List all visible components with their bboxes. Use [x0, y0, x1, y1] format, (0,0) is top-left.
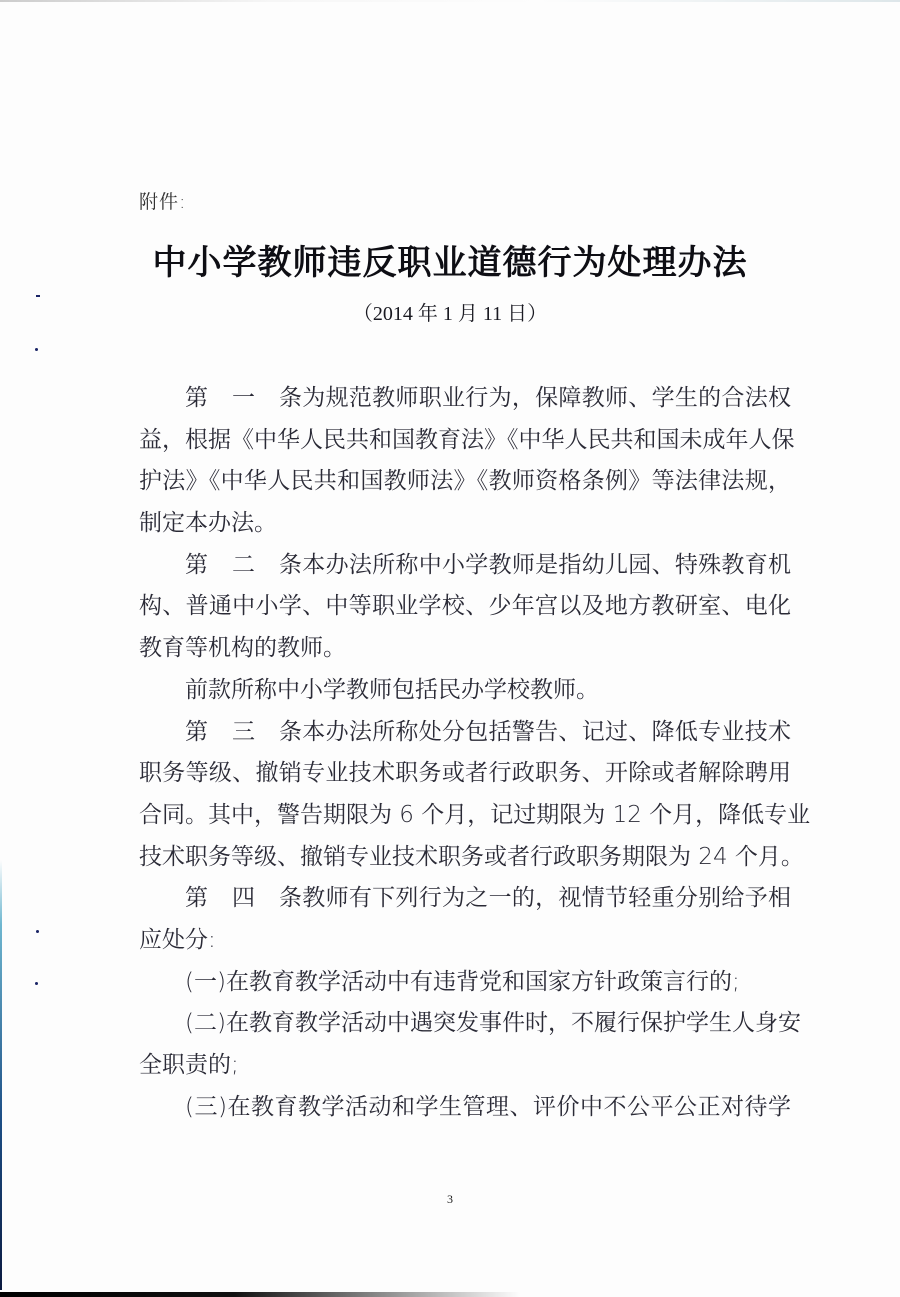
scan-mark [35, 982, 38, 985]
article-text: 本办法所称中小学教师是指幼儿园、特殊教育机 [302, 552, 791, 578]
scan-mark [36, 930, 39, 933]
article-2-line-3: 教育等机构的教师。 [139, 628, 791, 670]
article-4-item-2-line-2: 全职责的; [139, 1045, 791, 1087]
scan-left-edge [0, 860, 2, 1290]
article-text: 为规范教师职业行为，保障教师、学生的合法权 [302, 385, 791, 411]
article-3-line-4: 技术职务等级、撤销专业技术职务或者行政职务期限为 24 个月。 [139, 837, 791, 879]
article-4-item-2-line-1: (二)在教育教学活动中遇突发事件时，不履行保护学生人身安 [139, 1003, 791, 1045]
attachment-label: 附件: [139, 187, 186, 214]
article-text: 本办法所称处分包括警告、记过、降低专业技术 [302, 719, 791, 745]
scanned-document-page: 附件: 中小学教师违反职业道德行为处理办法 （2014 年 1 月 11 日） … [0, 0, 900, 1297]
article-1-line-4: 制定本办法。 [139, 503, 791, 545]
article-number: 第四条 [185, 878, 302, 920]
article-1-line-2: 益，根据《中华人民共和国教育法》《中华人民共和国未成年人保 [139, 420, 791, 462]
document-title: 中小学教师违反职业道德行为处理办法 [0, 235, 900, 284]
article-text: 教师有下列行为之一的，视情节轻重分别给予相 [302, 885, 791, 911]
scan-top-edge [0, 0, 900, 2]
scan-mark [35, 348, 38, 351]
article-3-line-3: 合同。其中，警告期限为 6 个月，记过期限为 12 个月，降低专业 [139, 795, 791, 837]
article-number: 第三条 [185, 712, 302, 754]
article-4-line-2: 应处分: [139, 920, 791, 962]
document-body: 第一条为规范教师职业行为，保障教师、学生的合法权 益，根据《中华人民共和国教育法… [139, 378, 791, 1128]
article-4-item-1: (一)在教育教学活动中有违背党和国家方针政策言行的; [139, 962, 791, 1004]
article-3-line-2: 职务等级、撤销专业技术职务或者行政职务、开除或者解除聘用 [139, 753, 791, 795]
article-2-line-2: 构、普通中小学、中等职业学校、少年宫以及地方教研室、电化 [139, 586, 791, 628]
scan-bottom-edge [0, 1292, 520, 1297]
article-4-item-3-line-1: (三)在教育教学活动和学生管理、评价中不公平公正对待学 [139, 1087, 791, 1129]
article-1-line-3: 护法》《中华人民共和国教师法》《教师资格条例》等法律法规， [139, 461, 791, 503]
page-number: 3 [0, 1192, 900, 1207]
article-4-line-1: 第四条教师有下列行为之一的，视情节轻重分别给予相 [139, 878, 791, 920]
article-3-line-1: 第三条本办法所称处分包括警告、记过、降低专业技术 [139, 712, 791, 754]
article-2-line-1: 第二条本办法所称中小学教师是指幼儿园、特殊教育机 [139, 545, 791, 587]
article-number: 第一条 [185, 378, 302, 420]
article-1-line-1: 第一条为规范教师职业行为，保障教师、学生的合法权 [139, 378, 791, 420]
document-date: （2014 年 1 月 11 日） [0, 297, 900, 326]
article-2-extra-paragraph: 前款所称中小学教师包括民办学校教师。 [139, 670, 791, 712]
article-number: 第二条 [185, 545, 302, 587]
